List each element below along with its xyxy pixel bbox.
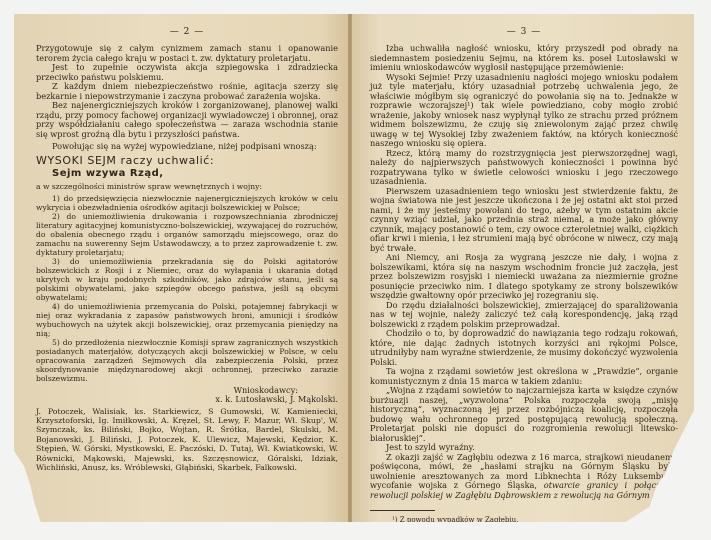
right-page: — 3 — Izba uchwaliła nagłość wniosku, kt… bbox=[352, 14, 694, 522]
paragraph: Pierwszem uzasadnieniem tego wniosku jes… bbox=[370, 187, 678, 254]
left-page: — 2 — Przygotowuje się z całym cynizmem … bbox=[14, 14, 348, 522]
footnote-divider bbox=[370, 510, 435, 511]
paragraph: Bez najenergiczniejszych kroków i zorgan… bbox=[36, 101, 338, 139]
resolution-point: 3) do uniemożliwienia przekradania się d… bbox=[36, 257, 338, 302]
paragraph: Z każdym dniem niebezpieczeństwo rośnie,… bbox=[36, 82, 338, 101]
paragraph: Do rzędu działalności bolszewickiej, zmi… bbox=[370, 301, 678, 330]
quotation: „Wojna z rządami sowietów to najczarniej… bbox=[370, 386, 678, 443]
paragraph: Chodziło o to, by doprowadzić do nawiąza… bbox=[370, 329, 678, 367]
paragraph: Ani Niemcy, ani Rosja za wygraną jeszcze… bbox=[370, 253, 678, 301]
resolution-point: 1) do przedsięwzięcia niezwłocznie najen… bbox=[36, 194, 338, 212]
resolution-point: 2) do uniemożliwienia drukowania i rozpo… bbox=[36, 212, 338, 257]
paragraph: Izba uchwaliła nagłość wniosku, który pr… bbox=[370, 44, 678, 73]
footnote: ¹) Z powodu wypadków w Zagłębiu. bbox=[392, 516, 678, 522]
paragraph: Powołując się na wyżej wypowiedziane, ni… bbox=[36, 142, 338, 152]
resolution-point: 4) do uniemożliwienia przemycania do Pol… bbox=[36, 302, 338, 338]
paragraph: a w szczególności ministrów spraw wewnęt… bbox=[36, 182, 338, 191]
paragraph: Jest to zupełnie oczywista akcja szpiego… bbox=[36, 63, 338, 82]
resolution-heading: WYSOKI SEJM raczy uchwalić: bbox=[36, 154, 338, 167]
paragraph: Z okazji zajść w Zagłębiu odezwa z 16 ma… bbox=[370, 453, 678, 501]
paragraph: Ta wojna z rządami sowietów jest określo… bbox=[370, 367, 678, 386]
paragraph: Wysoki Sejmie! Przy uzasadnieniu nagłośc… bbox=[370, 73, 678, 149]
paragraph: Rzecz, którą mamy do rozstrzygnięcia jes… bbox=[370, 149, 678, 187]
signature-main: x. k. Lutosławski, J. Mąkolski. bbox=[36, 395, 338, 405]
signers-list: J. Potoczek, Walisiak, ks. Starkiewicz, … bbox=[36, 407, 338, 473]
resolution-point: 5) do przedłożenia niezwłocznie Komisji … bbox=[36, 338, 338, 383]
page-number: — 2 — bbox=[36, 27, 338, 37]
paragraph: Przygotowuje się z całym cynizmem zamach… bbox=[36, 44, 338, 63]
page-number: — 3 — bbox=[370, 27, 678, 37]
resolution-subheading: Sejm wzywa Rząd, bbox=[52, 168, 338, 179]
